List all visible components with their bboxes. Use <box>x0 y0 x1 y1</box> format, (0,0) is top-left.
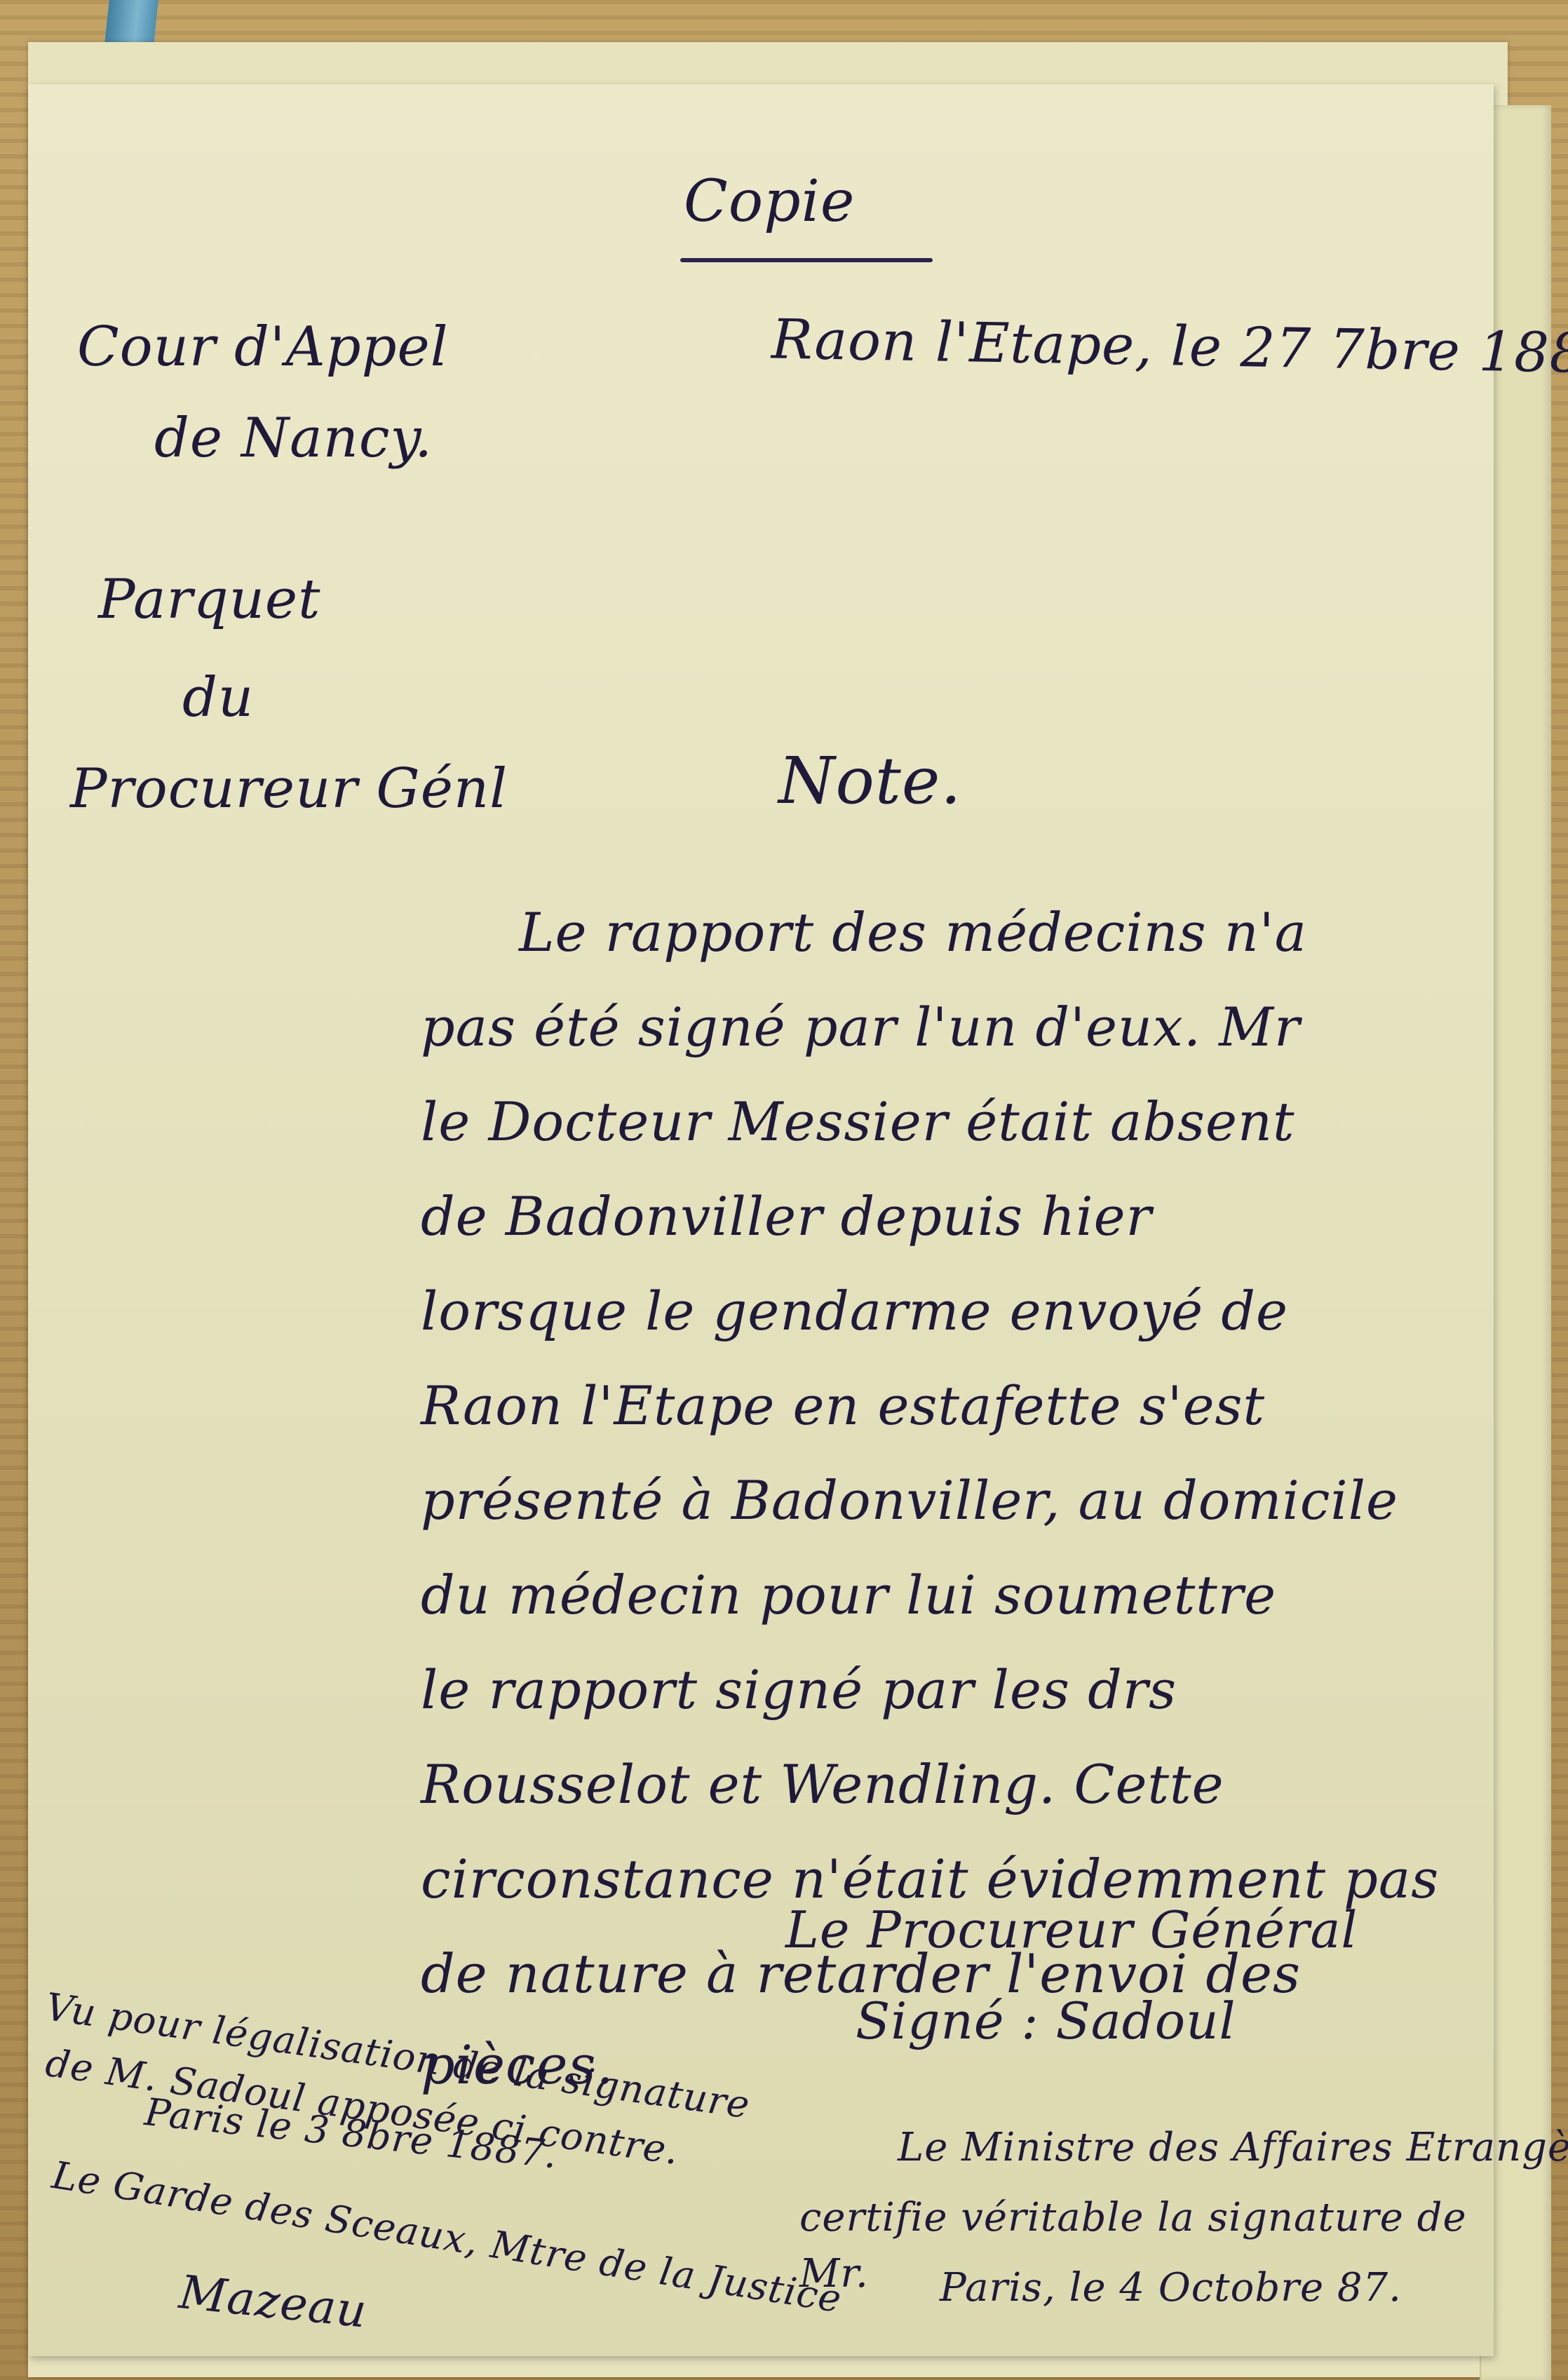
document-page: Copie Cour d'Appel de Nancy. Raon l'Etap… <box>28 84 1494 2356</box>
ministry-line-2: certifie véritable la signature de <box>799 2195 1467 2240</box>
body-line: le rapport signé par les drs <box>421 1658 1177 1721</box>
note-heading: Note. <box>778 743 962 818</box>
department-line-2: du <box>182 666 254 729</box>
body-line: pas été signé par l'un d'eux. Mr <box>421 996 1300 1058</box>
department-line-3: Procureur Génl <box>70 757 508 820</box>
body-line: lorsque le gendarme envoyé de <box>421 1280 1288 1342</box>
ministry-date: Paris, le 4 Octobre 87. <box>940 2265 1402 2311</box>
title-underline <box>680 258 933 262</box>
legalization-signature: Mazeau <box>177 2265 370 2339</box>
body-line: du médecin pour lui soumettre <box>421 1564 1276 1626</box>
legalization-signatory: Le Garde des Sceaux, Mtre de la Justice <box>49 2153 845 2321</box>
body-line: Le rapport des médecins n'a <box>519 901 1307 964</box>
body-line: le Docteur Messier était absent <box>421 1090 1295 1153</box>
ministry-line-3: Mr. <box>799 2251 869 2297</box>
body-line: Rousselot et Wendling. Cette <box>421 1753 1224 1816</box>
body-line: de Badonviller depuis hier <box>421 1185 1152 1248</box>
court-city: de Nancy. <box>154 407 433 470</box>
body-line: Raon l'Etape en estafette s'est <box>421 1374 1265 1437</box>
document-title: Copie <box>684 168 855 235</box>
department-line-1: Parquet <box>98 568 320 631</box>
signatory-title: Le Procureur Général <box>785 1900 1358 1959</box>
signed-name: Signé : Sadoul <box>856 1992 1236 2050</box>
ministry-line-1: Le Ministre des Affaires Etrangères <box>898 2125 1568 2170</box>
place-date: Raon l'Etape, le 27 7bre 1887 <box>771 308 1568 386</box>
court-name: Cour d'Appel <box>77 316 449 379</box>
body-line: présenté à Badonviller, au domicile <box>421 1469 1398 1532</box>
